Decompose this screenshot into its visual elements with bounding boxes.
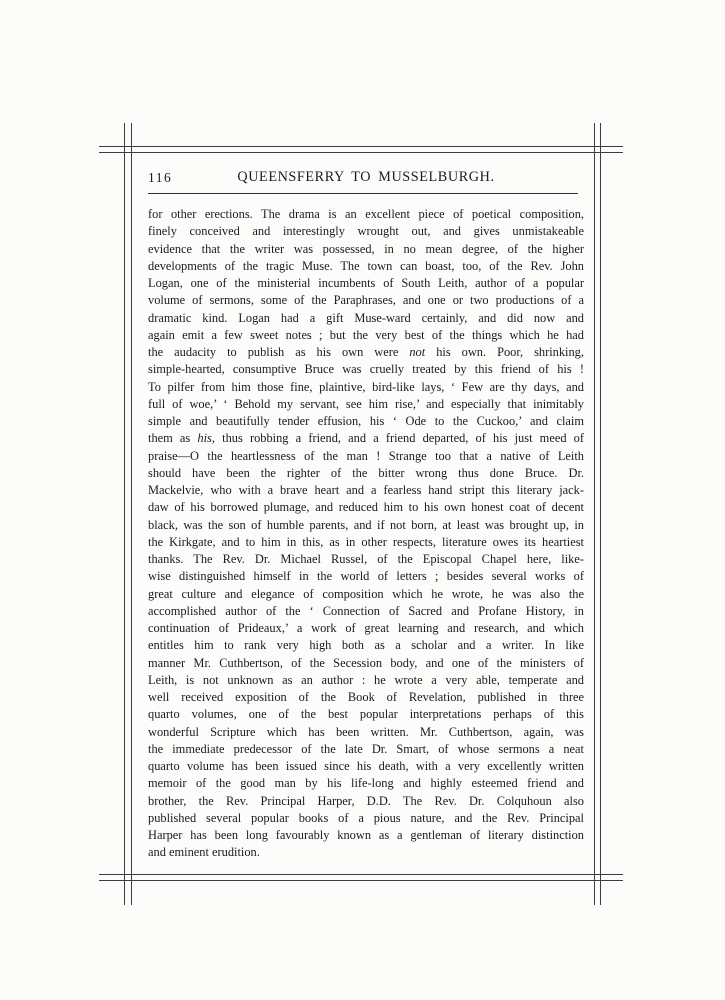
text-line: the immediate predecessor of the late Dr…: [148, 741, 584, 758]
text-line: the audacity to publish as his own were …: [148, 344, 584, 361]
header-rule: [148, 193, 578, 195]
text-line: To pilfer from him those fine, plaintive…: [148, 379, 584, 396]
book-page: 116 QUEENSFERRY TO MUSSELBURGH. for othe…: [0, 0, 725, 1000]
text-line: again emit a few sweet notes ; but the v…: [148, 327, 584, 344]
frame-right-rule-outer: [600, 123, 601, 905]
frame-left-rule-inner: [131, 123, 132, 905]
text-line: evidence that the writer was possessed, …: [148, 241, 584, 258]
text-line: wise distinguished himself in the world …: [148, 568, 584, 585]
frame-bottom-rule-outer: [99, 880, 623, 881]
frame-left-rule-outer: [124, 123, 125, 905]
text-line: the Kirkgate, and to him in this, as in …: [148, 534, 584, 551]
text-line: daw of his borrowed plumage, and reduced…: [148, 499, 584, 516]
text-line: dramatic kind. Logan had a gift Muse-war…: [148, 310, 584, 327]
text-line: published several popular books of a pio…: [148, 810, 584, 827]
text-line: Logan, one of the ministerial incumbents…: [148, 275, 584, 292]
text-line: Mackelvie, who with a brave heart and a …: [148, 482, 584, 499]
text-line: quarto volumes, one of the best popular …: [148, 706, 584, 723]
text-line: and eminent erudition.: [148, 844, 584, 861]
text-line: praise—O the heartlessness of the man ! …: [148, 448, 584, 465]
text-line: thanks. The Rev. Dr. Michael Russel, of …: [148, 551, 584, 568]
text-line: developments of the tragic Muse. The tow…: [148, 258, 584, 275]
text-line: should have been the righter of the bitt…: [148, 465, 584, 482]
text-line: great culture and elegance of compositio…: [148, 586, 584, 603]
text-line: continuation of Prideaux,’ a work of gre…: [148, 620, 584, 637]
text-line: Leith, is not unknown as an author : he …: [148, 672, 584, 689]
text-line: Harper has been long favourably known as…: [148, 827, 584, 844]
text-line: simple and beautifully tender effusion, …: [148, 413, 584, 430]
text-line: wonderful Scripture which has been writt…: [148, 724, 584, 741]
text-line: simple-hearted, consumptive Bruce was cr…: [148, 361, 584, 378]
italic-word: not: [409, 345, 425, 359]
italic-word: his: [197, 431, 211, 445]
text-line: entitles him to rank very high both as a…: [148, 637, 584, 654]
text-line: brother, the Rev. Principal Harper, D.D.…: [148, 793, 584, 810]
text-line: manner Mr. Cuthbertson, of the Secession…: [148, 655, 584, 672]
text-line: them as his, thus robbing a friend, and …: [148, 430, 584, 447]
text-line: finely conceived and interestingly wroug…: [148, 223, 584, 240]
text-line: black, was the son of humble parents, an…: [148, 517, 584, 534]
frame-bottom-rule-inner: [99, 874, 623, 875]
text-line: volume of sermons, some of the Paraphras…: [148, 292, 584, 309]
frame-top-rule-outer: [99, 146, 623, 147]
running-title: QUEENSFERRY TO MUSSELBURGH.: [148, 169, 584, 186]
frame-right-rule-inner: [594, 123, 595, 905]
text-line: full of woe,’ ‘ Behold my servant, see h…: [148, 396, 584, 413]
text-line: memoir of the good man by his life-long …: [148, 775, 584, 792]
frame-top-rule-inner: [99, 152, 623, 153]
text-line: quarto volume has been issued since his …: [148, 758, 584, 775]
text-line: for other erections. The drama is an exc…: [148, 206, 584, 223]
text-line: accomplished author of the ‘ Connection …: [148, 603, 584, 620]
text-line: well received exposition of the Book of …: [148, 689, 584, 706]
page-text: for other erections. The drama is an exc…: [148, 206, 584, 862]
